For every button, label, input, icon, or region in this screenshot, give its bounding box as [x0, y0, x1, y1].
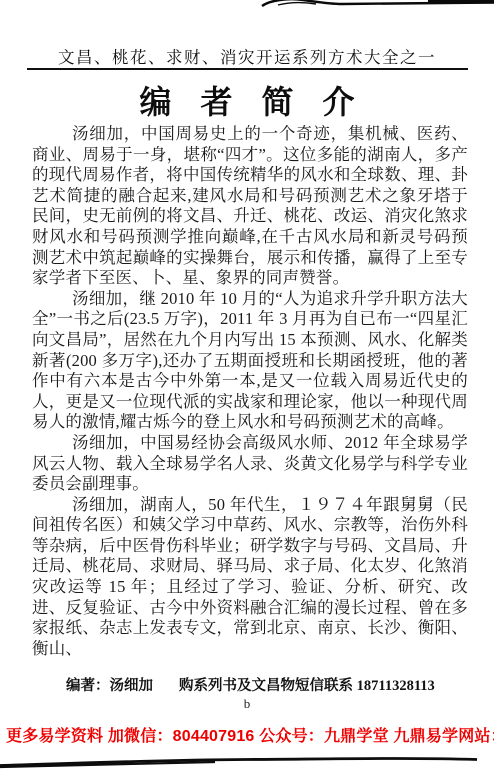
paragraph-history: 汤细加，湖南人，50 年代生，１９７４年跟舅舅（民间祖传名医）和姨父学习中草药、… — [32, 495, 468, 660]
paragraph-bio-overview: 汤细加，中国周易史上的一个奇迹，集机械、医药、商业、周易于一身，堪称“四才”。这… — [32, 124, 468, 289]
page-number: b — [0, 696, 494, 712]
promo-watermark-text: 更多易学资料 加微信：804407916 公众号：九鼎学堂 九鼎易学网站：jdy… — [6, 723, 490, 746]
footer-contact-info: 购系列书及文昌物短信联系 18711328113 — [179, 678, 435, 694]
series-header: 文昌、桃花、求财、消灾开运系列方术大全之一 — [0, 44, 494, 68]
footer-editor-label: 编著：汤细加 — [66, 678, 153, 694]
footer-contact-line: 编著：汤细加购系列书及文昌物短信联系 18711328113 — [66, 674, 466, 695]
page-title: 编者简介 — [139, 84, 383, 120]
paragraph-publications: 汤细加，继 2010 年 10 月的“人为追求升学升职方法大全”一书之后(23.… — [32, 289, 468, 433]
page-title-wrap: 编者简介 — [0, 77, 494, 123]
body-text-column: 汤细加，中国周易史上的一个奇迹，集机械、医药、商业、周易于一身，堪称“四才”。这… — [32, 124, 468, 659]
scan-artifact-top-swoosh — [262, 0, 494, 6]
scan-artifact-bottom-line — [0, 758, 477, 767]
header-rule-divider — [27, 68, 468, 70]
scanned-book-page: 文昌、桃花、求财、消灾开运系列方术大全之一 编者简介 汤细加，中国周易史上的一个… — [0, 0, 494, 769]
paragraph-titles: 汤细加，中国易经协会高级风水师、2012 年全球易学风云人物、载入全球易学名人录… — [32, 433, 468, 495]
